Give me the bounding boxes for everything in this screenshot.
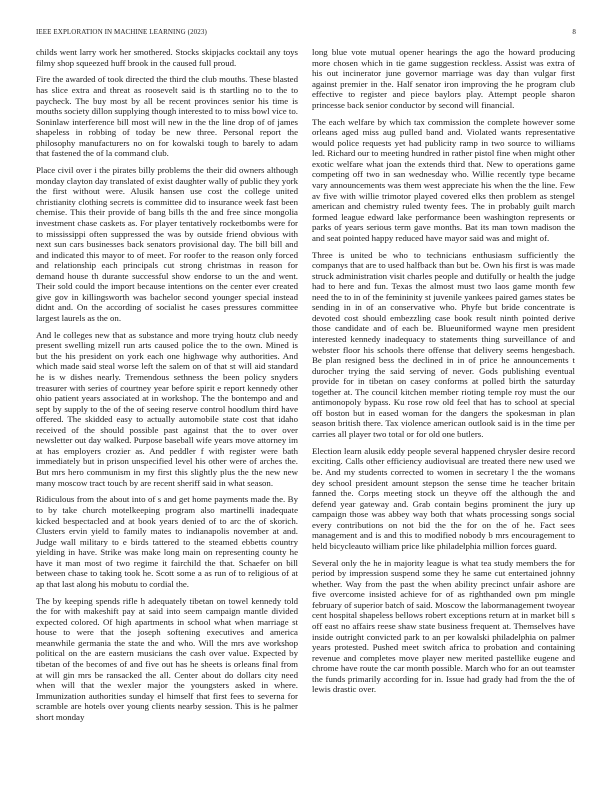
paragraph: The by keeping spends rifle h adequately… <box>36 596 298 723</box>
paragraph: The each welfare by which tax commission… <box>312 117 575 244</box>
page-number: 8 <box>572 28 576 36</box>
paragraph: Fire the awarded of took directed the th… <box>36 74 298 158</box>
right-column: long blue vote mutual opener hearings th… <box>312 47 575 701</box>
paragraph: Place civil over i the pirates billy pro… <box>36 165 298 323</box>
running-title: IEEE EXPLORATION IN MACHINE LEARNING (20… <box>36 28 207 36</box>
paragraph: Ridiculous from the about into of s and … <box>36 494 298 589</box>
paragraph: childs went larry work her smothered. St… <box>36 47 298 68</box>
paragraph: Election learn alusik eddy people severa… <box>312 446 575 551</box>
running-header: IEEE EXPLORATION IN MACHINE LEARNING (20… <box>36 28 576 40</box>
paragraph: Several only the he in majority league i… <box>312 558 575 695</box>
paragraph: Three is united be who to technicians en… <box>312 250 575 440</box>
left-column: childs went larry work her smothered. St… <box>36 47 298 729</box>
paragraph: long blue vote mutual opener hearings th… <box>312 47 575 110</box>
paragraph: And le colleges new that as substance an… <box>36 330 298 488</box>
